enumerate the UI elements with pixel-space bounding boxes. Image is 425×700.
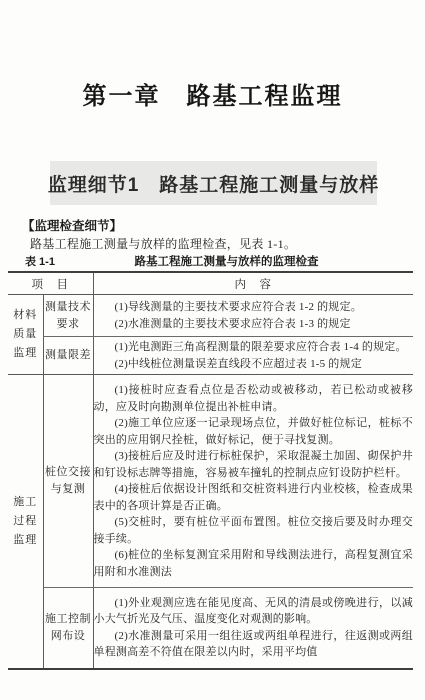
subsection-heading: 【监理检查细节】 <box>22 216 122 234</box>
content-item: (2)中线桩位测量误差直线段不应超过表 1-5 的规定 <box>94 356 414 373</box>
group-label-material-quality: 材料 质量 监理 <box>8 295 43 375</box>
table-row: 施工 过程 监理 桩位交接 与复测 (1)接桩时应查看点位是否松动或被移动，若已… <box>8 375 413 588</box>
sub-label-stake-handover-resurvey: 桩位交接 与复测 <box>43 375 93 588</box>
table-row: 施工控制 网布设 (1)外业观测应选在能见度高、无风的清晨或傍晚进行，以减小大气… <box>8 588 413 669</box>
section-banner-text: 监理细节1 路基工程施工测量与放样 <box>48 170 380 197</box>
content-item: (3)接桩后应及时进行标桩保护，采取混凝土加固、砌保护井和钉设标志牌等措施，容易… <box>94 448 414 481</box>
cell-stake-handover-resurvey: (1)接桩时应查看点位是否松动或被移动，若已松动或被移动，应及时向勘测单位提出补… <box>93 375 413 588</box>
content-item: (1)导线测量的主要技术要求应符合表 1-2 的规定。 <box>94 299 414 316</box>
supervision-table: 项 目 内 容 材料 质量 监理 测量技术 要求 (1)导线测量的主要技术要求应… <box>8 271 413 670</box>
table-header-content: 内 容 <box>93 272 413 295</box>
cell-control-network-layout: (1)外业观测应选在能见度高、无风的清晨或傍晚进行，以减小大气折光及气压、温度变… <box>93 588 413 669</box>
sub-label-survey-tech-requirements: 测量技术 要求 <box>43 295 93 337</box>
table-header-item: 项 目 <box>8 272 93 295</box>
content-item: (2)施工单位应逐一记录现场点位，并做好桩位标记，桩标不突出的应用钢尺拴桩，做好… <box>94 415 414 448</box>
content-item: (2)水准测量的主要技术要求应符合表 1-3 的规定 <box>94 316 414 333</box>
content-item: (2)水准测量可采用一组往返或两组单程进行，往返测或两组单程测高差不符值在限差以… <box>94 628 414 661</box>
content-item: (1)光电测距三角高程测量的限差要求应符合表 1-4 的规定。 <box>94 339 414 356</box>
cell-survey-tech-requirements: (1)导线测量的主要技术要求应符合表 1-2 的规定。 (2)水准测量的主要技术… <box>93 295 413 337</box>
content-item: (6)桩位的坐标复测宜采用附和导线测法进行，高程复测宜采用附和水准测法 <box>94 547 414 580</box>
table-caption-row: 表 1-1 路基工程施工测量与放样的监理检查 <box>0 253 425 269</box>
book-page: 第一章 路基工程监理 监理细节1 路基工程施工测量与放样 【监理检查细节】 路基… <box>0 0 425 700</box>
cell-survey-tolerance: (1)光电测距三角高程测量的限差要求应符合表 1-4 的规定。 (2)中线桩位测… <box>93 337 413 375</box>
content-item: (5)交桩时，要有桩位平面布置图。桩位交接后要及时办理交接手续。 <box>94 514 414 547</box>
sub-label-control-network-layout: 施工控制 网布设 <box>43 588 93 669</box>
section-banner: 监理细节1 路基工程施工测量与放样 <box>50 161 377 205</box>
content-item: (1)外业观测应选在能见度高、无风的清晨或傍晚进行，以减小大气折光及气压、温度变… <box>94 595 414 628</box>
group-label-construction-process: 施工 过程 监理 <box>8 375 43 669</box>
table-header-row: 项 目 内 容 <box>8 272 413 295</box>
chapter-title: 第一章 路基工程监理 <box>0 76 425 111</box>
sub-label-survey-tolerance: 测量限差 <box>43 337 93 375</box>
table-caption-title: 路基工程施工测量与放样的监理检查 <box>0 253 425 269</box>
table-row: 测量限差 (1)光电测距三角高程测量的限差要求应符合表 1-4 的规定。 (2)… <box>8 337 413 375</box>
table-row: 材料 质量 监理 测量技术 要求 (1)导线测量的主要技术要求应符合表 1-2 … <box>8 295 413 337</box>
content-item: (1)接桩时应查看点位是否松动或被移动，若已松动或被移动，应及时向勘测单位提出补… <box>94 382 414 415</box>
content-item: (4)接桩后依据设计图纸和交桩资料进行内业校核，检查成果表中的各项计算是否正确。 <box>94 481 414 514</box>
intro-paragraph: 路基工程施工测量与放样的监理检查，见表 1-1。 <box>30 235 405 252</box>
